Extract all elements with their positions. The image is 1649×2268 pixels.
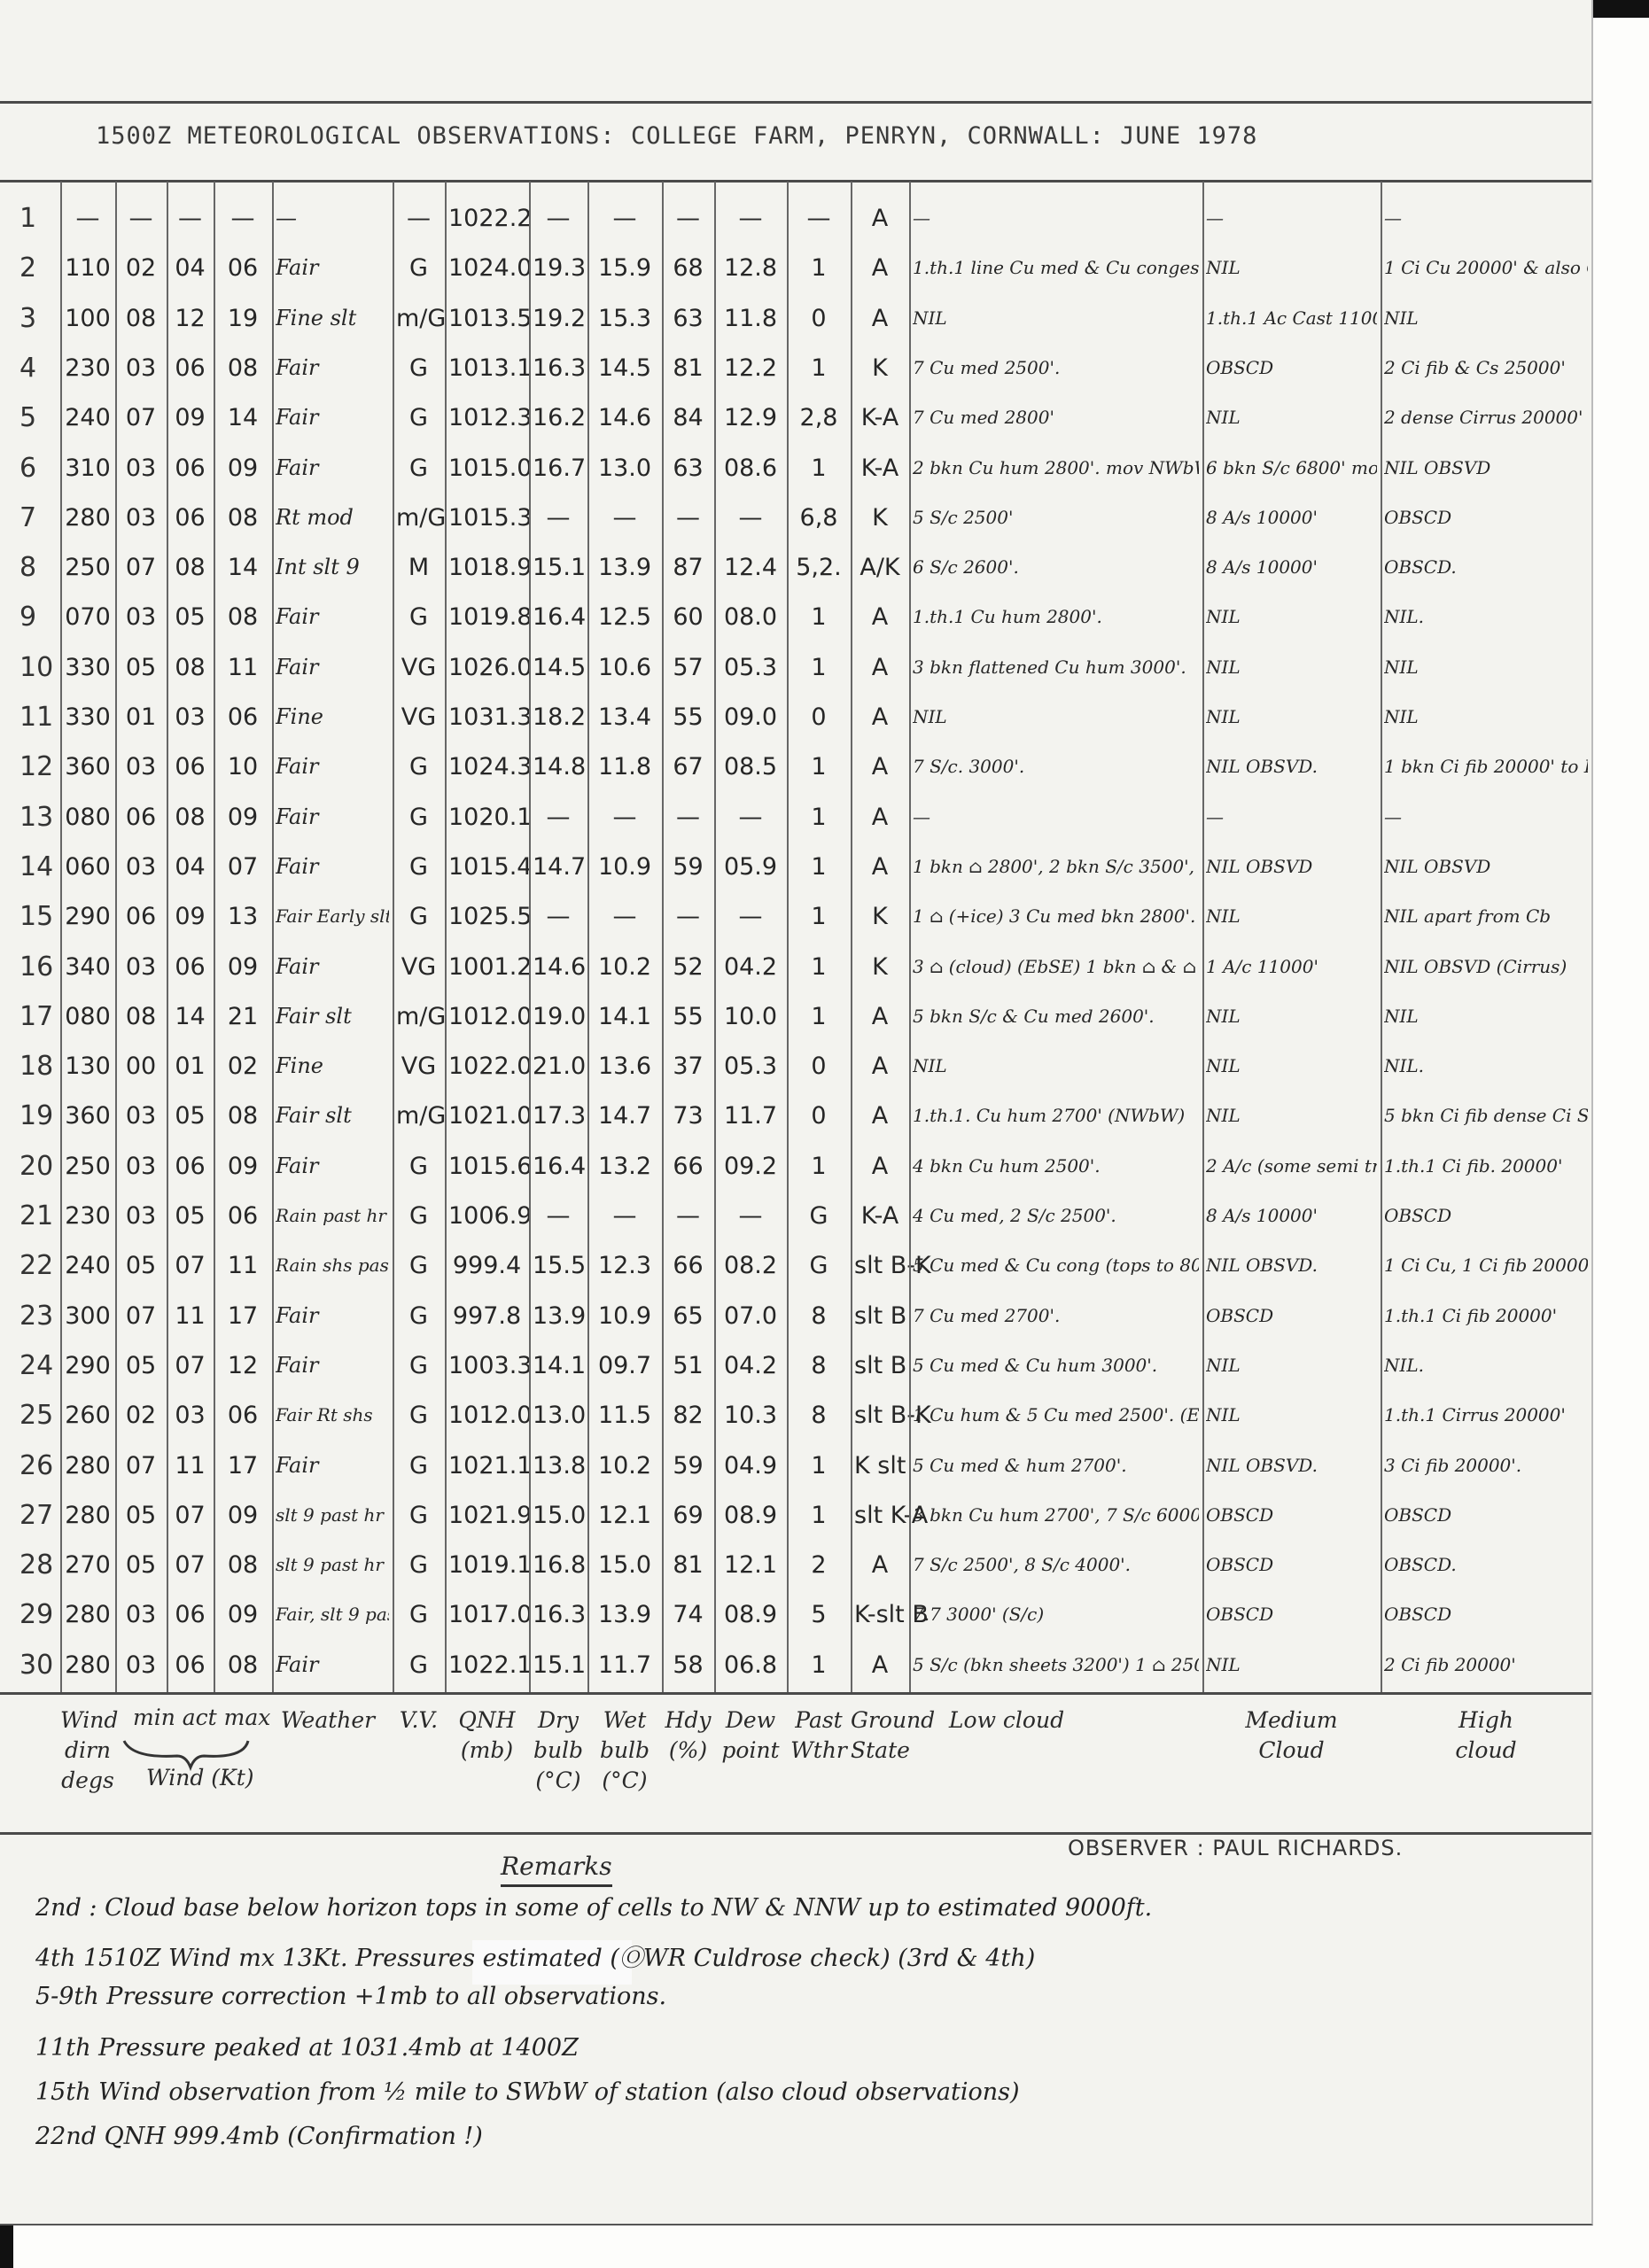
column-divider [529,182,531,1692]
cell-day: 27 [19,1490,57,1541]
cell-low: 4 bkn Cu hum 2500'. [913,1141,1199,1192]
cell-high: OBSCD. [1384,1540,1588,1590]
cell-wet: 13.2 [591,1141,658,1192]
cell-medium: 8 A/s 10000' [1206,493,1377,543]
cell-vv: G [396,592,441,642]
cell-max: 08 [217,343,268,393]
cell-vv: G [396,842,441,892]
cell-past: 1 [790,891,847,942]
cell-medium: 8 A/s 10000' [1206,1191,1377,1241]
cell-qnh: 1012.0 [448,991,525,1042]
cell-day: 14 [19,842,57,892]
cell-low: 5 S/c (bkn sheets 3200') 1 ⌂ 2500'. [913,1640,1199,1690]
cell-max: 17 [217,1291,268,1341]
cell-max: 21 [217,991,268,1042]
cell-act: 06 [170,742,210,792]
cell-dir: 280 [64,1589,112,1640]
cell-high: NIL [1384,692,1588,742]
cell-qnh: 1013.5 [448,293,525,344]
cell-past: 1 [790,942,847,992]
cell-max: 12 [217,1340,268,1391]
cell-ground: A [854,1091,906,1141]
cell-day: 3 [19,293,57,344]
cell-day: 13 [19,792,57,843]
cell-low: 1.th.1 Cu hum 2800'. [913,592,1199,642]
cell-ground: slt B [854,1291,906,1341]
cell-qnh: 1012.3 [448,392,525,443]
cell-wet: 15.9 [591,243,658,293]
header-dry: Dry bulb (°C) [529,1705,587,1796]
cell-dir: 340 [64,942,112,992]
cell-high: NIL. [1384,1041,1588,1091]
cell-vv: G [396,1589,441,1640]
cell-qnh: 1025.5 [448,891,525,942]
cell-low: 3 ⌂ (cloud) (EbSE) 1 bkn ⌂ & ⌂ 3000' [913,942,1199,992]
cell-dew: 04.2 [718,1340,783,1391]
cell-ground: A/K [854,542,906,593]
cell-max: 09 [217,1589,268,1640]
header-dew: Dew point [714,1705,787,1766]
cell-hdy: 55 [665,991,711,1042]
cell-medium: NIL [1206,243,1377,293]
cell-low: NIL [913,293,1199,344]
cell-day: 25 [19,1390,57,1441]
cell-max: 19 [217,293,268,344]
cell-dew: 08.2 [718,1240,783,1291]
cell-medium: NIL OBSVD. [1206,1240,1377,1291]
table-top-rule [0,180,1591,183]
header-hdy: Hdy (%) [662,1705,714,1766]
cell-min: 07 [119,1291,163,1341]
cell-min: 01 [119,692,163,742]
cell-hdy: 58 [665,1640,711,1690]
cell-low: 1 Cu hum & 5 Cu med 2500'. (EN) [913,1390,1199,1441]
cell-act: 06 [170,1141,210,1192]
cell-min: 06 [119,891,163,942]
cell-act: 08 [170,542,210,593]
cell-min: 05 [119,1340,163,1391]
cell-past: 2,8 [790,392,847,443]
cell-day: 21 [19,1191,57,1241]
cell-wet: 10.2 [591,1441,658,1491]
cell-dew: 08.5 [718,742,783,792]
cell-dry: 15.1 [533,1640,584,1690]
observer-name: OBSERVER : PAUL RICHARDS. [1068,1836,1403,1860]
cell-low: 5 S/c 2500' [913,493,1199,543]
cell-max: 13 [217,891,268,942]
cell-min: 07 [119,542,163,593]
header-wet: Wet bulb (°C) [587,1705,662,1796]
cell-hdy: 74 [665,1589,711,1640]
cell-past: 1 [790,1141,847,1192]
table-bottom-rule [0,1692,1591,1695]
cell-past: 1 [790,1490,847,1541]
remark-line: 22nd QNH 999.4mb (Confirmation !) [35,2123,483,2150]
cell-max: 06 [217,243,268,293]
cell-vv: G [396,1490,441,1541]
cell-weather: Fair [276,392,389,443]
cell-qnh: 997.8 [448,1291,525,1341]
cell-vv: G [396,1191,441,1241]
cell-act: 11 [170,1441,210,1491]
cell-high: 5 bkn Ci fib dense Ci Sectinoa tangled s… [1384,1091,1588,1141]
cell-medium: OBSCD [1206,1589,1377,1640]
cell-dir: 070 [64,592,112,642]
cell-act: 06 [170,443,210,493]
cell-past: 0 [790,1041,847,1091]
cell-past: G [790,1191,847,1241]
cell-medium: OBSCD [1206,1540,1377,1590]
column-divider [60,182,62,1692]
cell-dew: 12.8 [718,243,783,293]
column-divider [714,182,716,1692]
cell-vv: G [396,1141,441,1192]
cell-medium: — [1206,193,1377,244]
cell-act: 06 [170,1589,210,1640]
cell-weather: Rain past hr [276,1191,389,1241]
cell-max: 08 [217,1640,268,1690]
cell-act: 08 [170,792,210,843]
cell-act: 14 [170,991,210,1042]
cell-medium: OBSCD [1206,1291,1377,1341]
header-high: High cloud [1381,1705,1591,1766]
cell-past: 8 [790,1340,847,1391]
cell-hdy: — [665,891,711,942]
cell-high: NIL. [1384,1340,1588,1391]
cell-min: 03 [119,1589,163,1640]
cell-ground: slt B-K [854,1390,906,1441]
cell-ground: A [854,592,906,642]
cell-vv: m/G [396,991,441,1042]
cell-past: 1 [790,592,847,642]
cell-min: 03 [119,742,163,792]
cell-max: 11 [217,642,268,693]
cell-dew: — [718,891,783,942]
cell-high: NIL OBSVD [1384,842,1588,892]
cell-qnh: 1013.1 [448,343,525,393]
cell-ground: K [854,343,906,393]
column-divider [851,182,852,1692]
cell-hdy: — [665,792,711,843]
cell-act: 11 [170,1291,210,1341]
cell-max: 09 [217,443,268,493]
cell-ground: A [854,193,906,244]
cell-medium: OBSCD [1206,343,1377,393]
cell-dry: 14.5 [533,642,584,693]
wind-group-label: min act max [133,1703,270,1733]
column-divider [587,182,589,1692]
cell-dry: 13.8 [533,1441,584,1491]
cell-ground: A [854,1041,906,1091]
cell-high: 3 Ci fib 20000'. [1384,1441,1588,1491]
cell-past: 6,8 [790,493,847,543]
cell-dew: 12.1 [718,1540,783,1590]
cell-dew: 10.0 [718,991,783,1042]
cell-max: 14 [217,392,268,443]
cell-past: 1 [790,792,847,843]
cell-wet: 12.1 [591,1490,658,1541]
cell-qnh: 1018.9 [448,542,525,593]
column-divider [787,182,789,1692]
cell-dir: 330 [64,642,112,693]
cell-vv: G [396,891,441,942]
cell-weather: Fair [276,742,389,792]
cell-dew: 08.0 [718,592,783,642]
cell-low: 7.7 3000' (S/c) [913,1589,1199,1640]
cell-dir: 230 [64,1191,112,1241]
cell-high: 1 Ci Cu 20000' & also Ci Cu undulatus [1384,243,1588,293]
cell-dir: 280 [64,1441,112,1491]
cell-qnh: 1019.1 [448,1540,525,1590]
cell-day: 30 [19,1640,57,1690]
cell-act: — [170,193,210,244]
cell-ground: slt B [854,1340,906,1391]
cell-ground: A [854,1540,906,1590]
cell-weather: Fair [276,1640,389,1690]
cell-weather: Fair [276,942,389,992]
cell-wet: 14.5 [591,343,658,393]
column-divider [272,182,274,1692]
cell-high: NIL OBSVD [1384,443,1588,493]
cell-medium: NIL [1206,392,1377,443]
cell-past: G [790,1240,847,1291]
observation-sheet: 1500Z METEOROLOGICAL OBSERVATIONS: COLLE… [0,0,1593,2225]
cell-weather: Fair [276,443,389,493]
cell-medium: NIL [1206,1041,1377,1091]
cell-max: 09 [217,1141,268,1192]
cell-max: 08 [217,493,268,543]
cell-min: 07 [119,1441,163,1491]
remark-line: 5-9th Pressure correction +1mb to all ob… [35,1983,666,2010]
cell-weather: — [276,193,389,244]
cell-weather: Fair [276,1291,389,1341]
cell-low: NIL [913,692,1199,742]
cell-ground: A [854,1640,906,1690]
cell-dry: 19.0 [533,991,584,1042]
cell-dry: 19.2 [533,293,584,344]
cell-medium: NIL [1206,991,1377,1042]
cell-act: 05 [170,1191,210,1241]
cell-dry: 13.0 [533,1390,584,1441]
cell-act: 07 [170,1340,210,1391]
remark-line: 11th Pressure peaked at 1031.4mb at 1400… [35,2034,579,2062]
cell-wet: 14.7 [591,1091,658,1141]
cell-hdy: 51 [665,1340,711,1391]
cell-low: 4 Cu med, 2 S/c 2500'. [913,1191,1199,1241]
cell-dir: 260 [64,1390,112,1441]
cell-wet: 14.1 [591,991,658,1042]
cell-day: 4 [19,343,57,393]
cell-qnh: 1012.0 [448,1390,525,1441]
cell-past: 5,2. [790,542,847,593]
cell-dew: 10.3 [718,1390,783,1441]
cell-high: OBSCD [1384,1589,1588,1640]
cell-qnh: 1021.9 [448,1490,525,1541]
cell-weather: slt 9 past hr [276,1490,389,1541]
cell-day: 10 [19,642,57,693]
cell-act: 12 [170,293,210,344]
cell-low: 5 Cu med & hum 2700'. [913,1441,1199,1491]
cell-weather: Fair, slt 9 past hr [276,1589,389,1640]
cell-medium: NIL OBSVD [1206,842,1377,892]
cell-dry: — [533,891,584,942]
cell-low: 7 S/c. 3000'. [913,742,1199,792]
cell-medium: 1.th.1 Ac Cast 11000' NW/NbE [1206,293,1377,344]
header-vv: V.V. [393,1705,445,1736]
cell-max: 08 [217,1091,268,1141]
cell-dew: 04.9 [718,1441,783,1491]
cell-act: 03 [170,692,210,742]
cell-hdy: 81 [665,343,711,393]
cell-ground: K-A [854,443,906,493]
cell-medium: NIL [1206,1390,1377,1441]
cell-medium: 1 A/c 11000' [1206,942,1377,992]
cell-ground: A [854,692,906,742]
header-medium: Medium Cloud [1202,1705,1381,1766]
cell-dew: 07.0 [718,1291,783,1341]
cell-weather: Rain shs past hr [276,1240,389,1291]
cell-weather: Fair [276,1340,389,1391]
cell-medium: NIL [1206,1091,1377,1141]
cell-vv: M [396,542,441,593]
cell-medium: NIL [1206,692,1377,742]
cell-medium: OBSCD [1206,1490,1377,1541]
cell-wet: 09.7 [591,1340,658,1391]
cell-dir: 280 [64,1490,112,1541]
cell-past: 0 [790,1091,847,1141]
cell-wet: — [591,1191,658,1241]
cell-min: 05 [119,642,163,693]
cell-wet: 11.7 [591,1640,658,1690]
cell-low: 7 Cu med 2700'. [913,1291,1199,1341]
cell-min: 03 [119,493,163,543]
cell-dew: — [718,792,783,843]
cell-dry: 16.7 [533,443,584,493]
cell-max: 06 [217,1390,268,1441]
cell-wet: — [591,891,658,942]
cell-ground: A [854,991,906,1042]
cell-vv: G [396,742,441,792]
cell-qnh: 1019.8 [448,592,525,642]
cell-hdy: 66 [665,1141,711,1192]
cell-vv: G [396,343,441,393]
cell-vv: G [396,792,441,843]
cell-min: 05 [119,1240,163,1291]
cell-dew: 05.3 [718,1041,783,1091]
cell-past: 1 [790,742,847,792]
cell-min: 05 [119,1490,163,1541]
cell-day: 16 [19,942,57,992]
cell-max: 14 [217,542,268,593]
cell-weather: Rt mod [276,493,389,543]
cell-min: 03 [119,592,163,642]
cell-min: — [119,193,163,244]
header-past: Past Wthr [787,1705,851,1766]
cell-dir: 060 [64,842,112,892]
cell-high: NIL [1384,991,1588,1042]
cell-vv: G [396,443,441,493]
cell-min: 08 [119,293,163,344]
cell-low: 3 bkn flattened Cu hum 3000'. [913,642,1199,693]
cell-high: OBSCD. [1384,542,1588,593]
cell-weather: Fair [276,1441,389,1491]
cell-min: 03 [119,1191,163,1241]
header-dir: Wind dirn degs [60,1705,115,1796]
cell-dry: 16.8 [533,1540,584,1590]
cell-qnh: 1026.0 [448,642,525,693]
cell-wet: 12.5 [591,592,658,642]
cell-dry: 15.0 [533,1490,584,1541]
cell-high: OBSCD [1384,493,1588,543]
cell-min: 02 [119,1390,163,1441]
cell-hdy: 55 [665,692,711,742]
cell-ground: A [854,792,906,843]
cell-hdy: — [665,1191,711,1241]
cell-weather: Fine slt [276,293,389,344]
cell-dry: 16.4 [533,592,584,642]
cell-qnh: 1003.3 [448,1340,525,1391]
cell-high: 1.th.1 Ci fib 20000' [1384,1291,1588,1341]
cell-qnh: 1024.3 [448,742,525,792]
cell-act: 08 [170,642,210,693]
cell-act: 04 [170,243,210,293]
cell-dew: 05.3 [718,642,783,693]
cell-dir: 100 [64,293,112,344]
cell-weather: Fair Rt shs [276,1390,389,1441]
cell-qnh: 1017.0 [448,1589,525,1640]
cell-vv: m/G [396,1091,441,1141]
cell-medium: NIL [1206,642,1377,693]
cell-dew: 09.0 [718,692,783,742]
cell-hdy: 66 [665,1240,711,1291]
remark-line: 4th 1510Z Wind mx 13Kt. Pressures estima… [35,1938,1035,1973]
cell-day: 28 [19,1540,57,1590]
cell-dry: 16.3 [533,1589,584,1640]
cell-dry: — [533,1191,584,1241]
cell-qnh: 1015.0 [448,443,525,493]
column-divider [662,182,664,1692]
cell-dry: 14.6 [533,942,584,992]
cell-min: 08 [119,991,163,1042]
cell-dry: 14.8 [533,742,584,792]
cell-hdy: 67 [665,742,711,792]
cell-hdy: 57 [665,642,711,693]
cell-high: NIL [1384,293,1588,344]
cell-hdy: 65 [665,1291,711,1341]
remark-line: 2nd : Cloud base below horizon tops in s… [35,1894,1152,1922]
cell-dir: 250 [64,542,112,593]
cell-medium: 2 A/c (some semi translucent) 12000' [1206,1141,1377,1192]
cell-qnh: 1021.1 [448,1441,525,1491]
cell-past: 1 [790,642,847,693]
column-divider [1202,182,1204,1692]
cell-past: 1 [790,443,847,493]
column-divider [115,182,117,1692]
cell-act: 07 [170,1240,210,1291]
cell-low: NIL [913,1041,1199,1091]
cell-wet: 13.6 [591,1041,658,1091]
cell-dew: 11.7 [718,1091,783,1141]
cell-past: 1 [790,243,847,293]
cell-hdy: 81 [665,1540,711,1590]
cell-weather: Fair [276,642,389,693]
cell-medium: NIL [1206,592,1377,642]
cell-max: 11 [217,1240,268,1291]
cell-high: 1 bkn Ci fib 20000' to EbS [1384,742,1588,792]
column-divider [393,182,394,1692]
cell-max: 07 [217,842,268,892]
cell-ground: K [854,942,906,992]
